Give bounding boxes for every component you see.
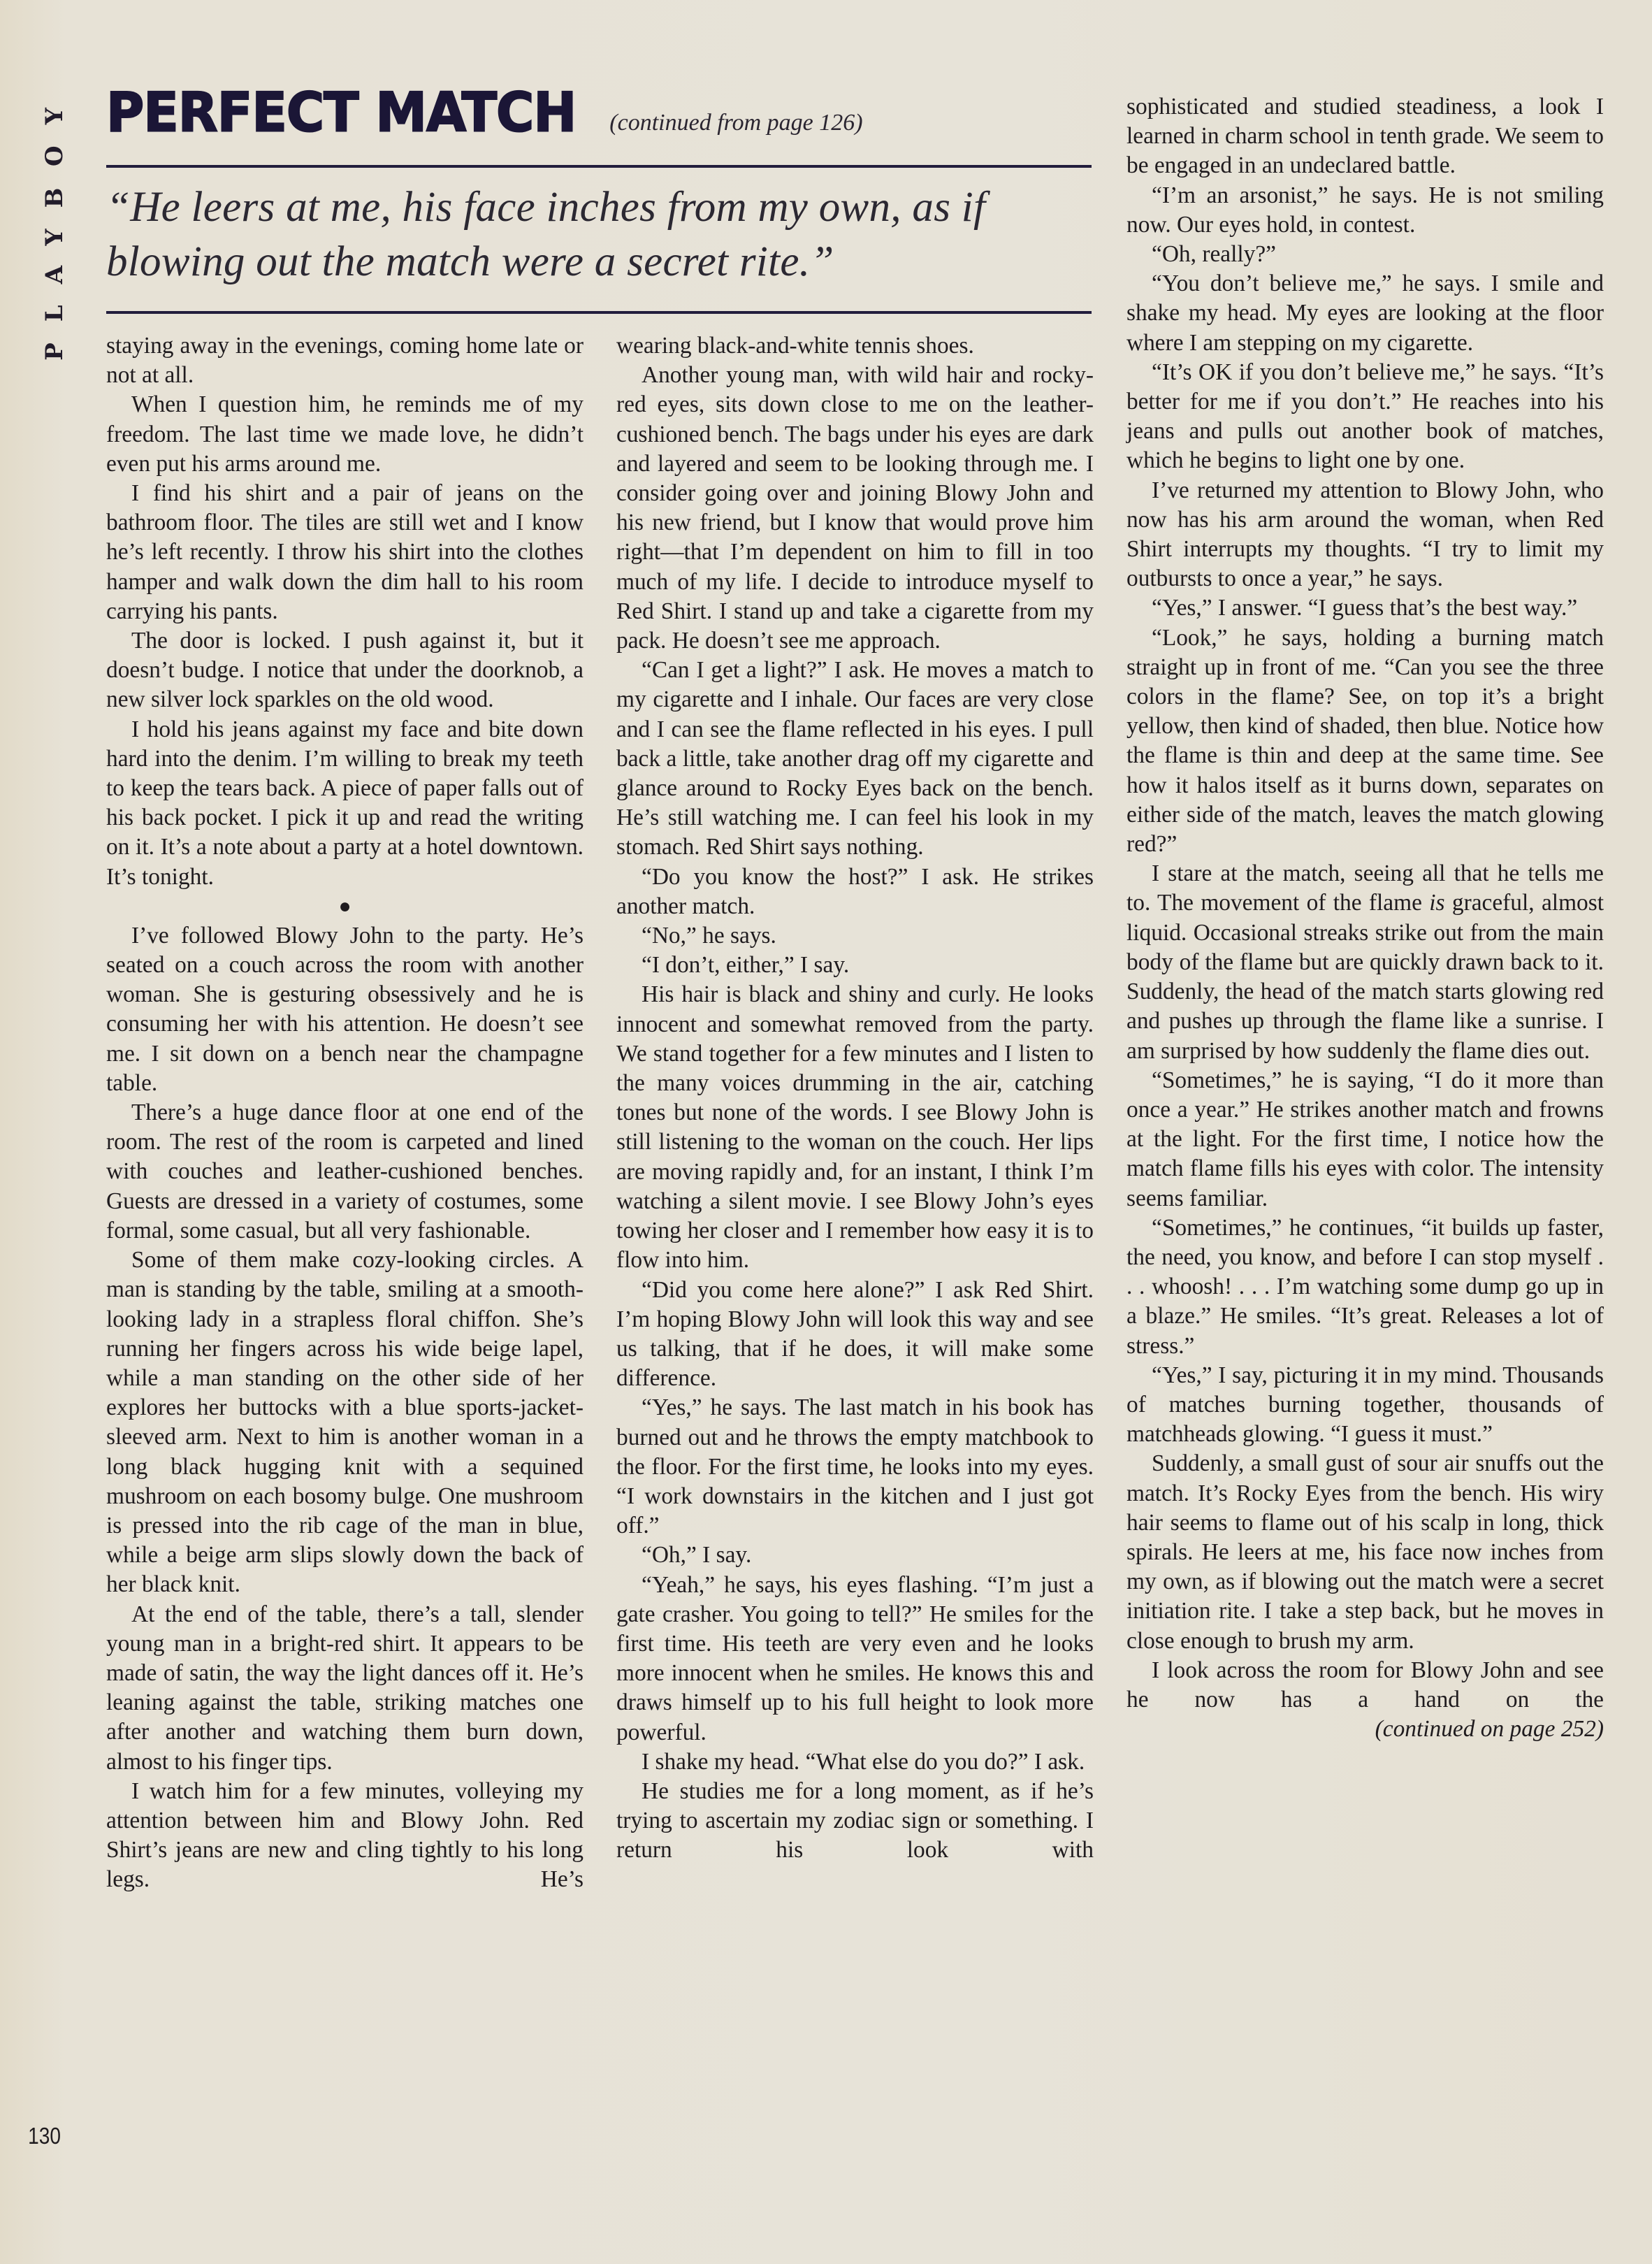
paragraph: I’ve followed Blowy John to the party. H… bbox=[106, 921, 584, 1098]
paragraph: I’ve returned my attention to Blowy John… bbox=[1126, 476, 1604, 594]
paragraph: “Yes,” he says. The last match in his bo… bbox=[616, 1393, 1094, 1541]
magazine-page: PLAYBOY PERFECT MATCH (continued from pa… bbox=[0, 0, 1652, 2264]
paragraph: I stare at the match, seeing all that he… bbox=[1126, 859, 1604, 1065]
header-rule-top bbox=[106, 165, 1092, 168]
paragraph: There’s a huge dance floor at one end of… bbox=[106, 1098, 584, 1246]
magazine-brand-vertical: PLAYBOY bbox=[41, 94, 68, 353]
title-row: PERFECT MATCH (continued from page 126) bbox=[106, 82, 1092, 155]
article-header: PERFECT MATCH (continued from page 126) bbox=[106, 82, 1092, 155]
paragraph: Some of them make cozy-looking cir­cles.… bbox=[106, 1246, 584, 1599]
paragraph: I shake my head. “What else do you do?” … bbox=[616, 1747, 1094, 1777]
paragraph: Suddenly, a small gust of sour air snuff… bbox=[1126, 1449, 1604, 1655]
section-separator: ● bbox=[106, 892, 584, 921]
pull-quote: “He leers at me, his face inches from my… bbox=[106, 180, 1092, 289]
paragraph: “I don’t, either,” I say. bbox=[616, 951, 1094, 980]
paragraph: I find his shirt and a pair of jeans on … bbox=[106, 479, 584, 626]
paragraph: “Can I get a light?” I ask. He moves a m… bbox=[616, 656, 1094, 862]
paragraph: “I’m an arsonist,” he says. He is not sm… bbox=[1126, 181, 1604, 240]
paragraph: “Yeah,” he says, his eyes flashing. “I’m… bbox=[616, 1571, 1094, 1747]
paragraph: His hair is black and shiny and curly. H… bbox=[616, 980, 1094, 1275]
brand-label: PLAYBOY bbox=[41, 87, 68, 361]
emphasis: is bbox=[1429, 890, 1444, 916]
paragraph: “Oh, really?” bbox=[1126, 240, 1604, 269]
text-column-2: wearing black-and-white tennis shoes.Ano… bbox=[616, 331, 1094, 1866]
paragraph: staying away in the evenings, coming hom… bbox=[106, 331, 584, 390]
paragraph: The door is locked. I push against it, b… bbox=[106, 626, 584, 715]
text-column-3: sophisticated and studied steadiness, a … bbox=[1126, 92, 1604, 1744]
paragraph: Another young man, with wild hair and ro… bbox=[616, 361, 1094, 656]
paragraph: I look across the room for Blowy John an… bbox=[1126, 1656, 1604, 1715]
text-column-1: staying away in the evenings, coming hom… bbox=[106, 331, 584, 1895]
article-title: PERFECT MATCH bbox=[106, 81, 576, 144]
paragraph: “It’s OK if you don’t believe me,” he sa… bbox=[1126, 358, 1604, 476]
paragraph: At the end of the table, there’s a tall,… bbox=[106, 1600, 584, 1777]
paragraph: “Sometimes,” he is saying, “I do it more… bbox=[1126, 1066, 1604, 1213]
paragraph: When I question him, he reminds me of my… bbox=[106, 390, 584, 479]
page-number: 130 bbox=[28, 2123, 61, 2149]
paragraph: He studies me for a long moment, as if h… bbox=[616, 1777, 1094, 1866]
paragraph: wearing black-and-white tennis shoes. bbox=[616, 331, 1094, 361]
paragraph: “Oh,” I say. bbox=[616, 1541, 1094, 1570]
paragraph: “Look,” he says, holding a burning match… bbox=[1126, 623, 1604, 860]
paragraph: I watch him for a few minutes, volley­in… bbox=[106, 1777, 584, 1895]
paragraph: “You don’t believe me,” he says. I smile… bbox=[1126, 269, 1604, 358]
continued-on-note: (continued on page 252) bbox=[1126, 1715, 1604, 1744]
paragraph: “Sometimes,” he continues, “it builds up… bbox=[1126, 1213, 1604, 1361]
paragraph: sophisticated and studied steadiness, a … bbox=[1126, 92, 1604, 181]
header-rule-bottom bbox=[106, 311, 1092, 314]
paragraph: “Do you know the host?” I ask. He strike… bbox=[616, 863, 1094, 921]
continued-from-note: (continued from page 126) bbox=[609, 110, 862, 136]
paragraph: “Yes,” I say, picturing it in my mind. T… bbox=[1126, 1361, 1604, 1450]
paragraph: I hold his jeans against my face and bit… bbox=[106, 715, 584, 892]
paragraph: “Did you come here alone?” I ask Red Shi… bbox=[616, 1276, 1094, 1394]
paragraph: “Yes,” I answer. “I guess that’s the bes… bbox=[1126, 593, 1604, 623]
paragraph: “No,” he says. bbox=[616, 921, 1094, 951]
